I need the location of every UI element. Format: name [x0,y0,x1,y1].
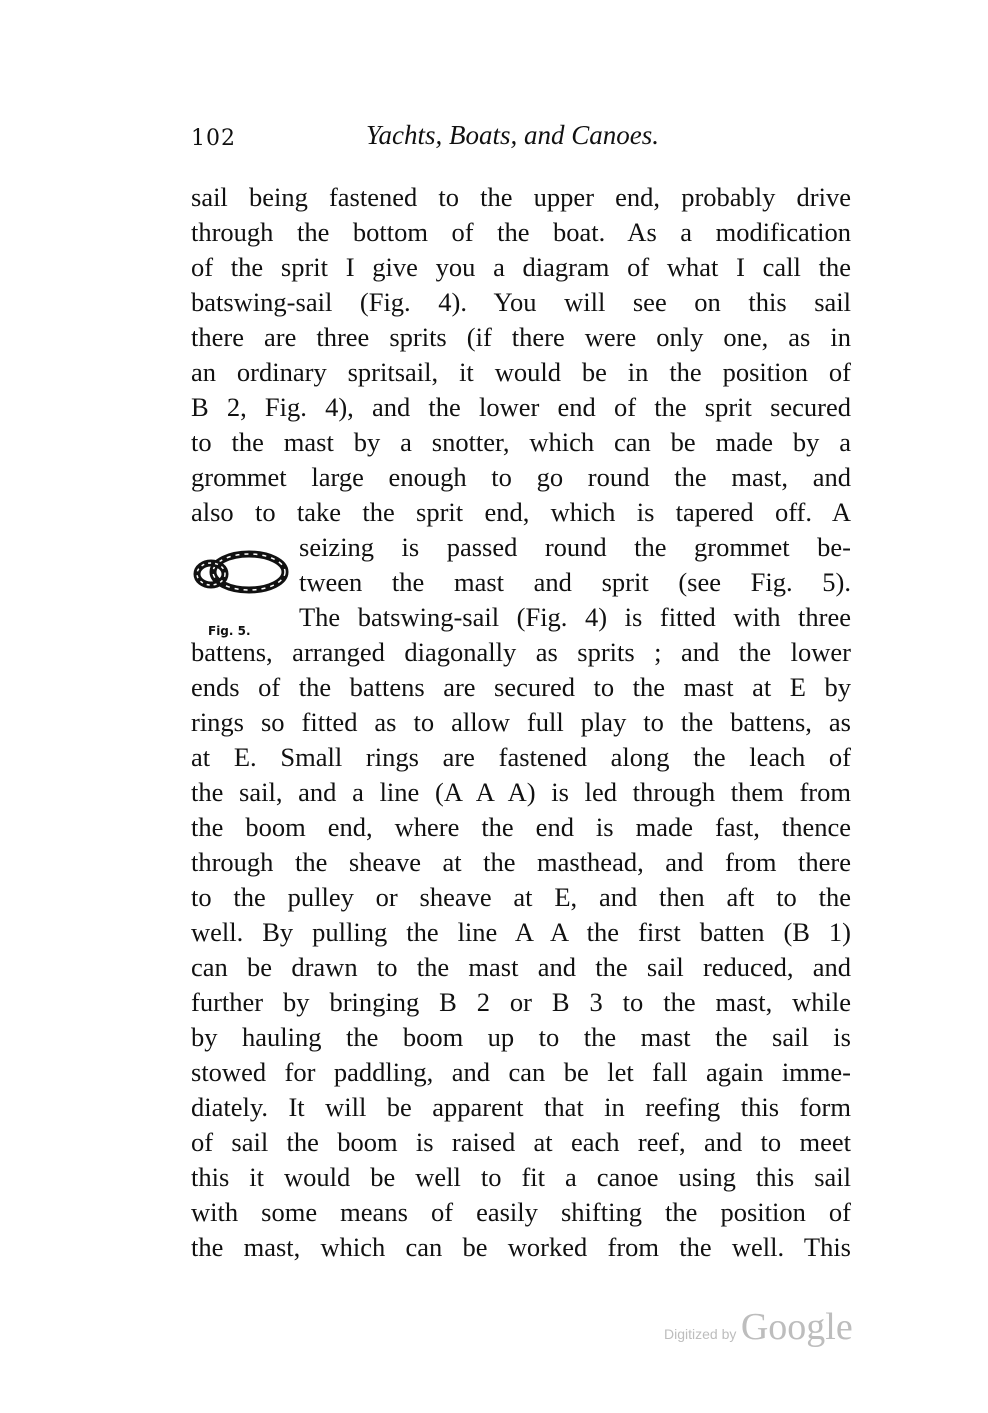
text-line: at E. Small rings are fastened along the… [191,740,851,775]
text-line: by hauling the boom up to the mast the s… [191,1020,851,1055]
text-line: through the sheave at the masthead, and … [191,845,851,880]
paragraph-before-figure: sail being fastened to the upper end, pr… [191,180,851,530]
text-line: of sail the boom is raised at each reef,… [191,1125,851,1160]
text-line: this it would be well to fit a canoe usi… [191,1160,851,1195]
figure-caption: Fig. 5. [208,614,251,649]
text-line: also to take the sprit end, which is tap… [191,495,851,530]
text-line: sail being fastened to the upper end, pr… [191,180,851,215]
text-line: of the sprit I give you a diagram of wha… [191,250,851,285]
text-line: seizing is passed round the grommet be- [299,530,851,565]
text-line: well. By pulling the line A A the first … [191,915,851,950]
text-beside-figure: seizing is passed round the grommet be- … [299,530,851,635]
google-logo: Google [741,1306,853,1348]
text-line: stowed for paddling, and can be let fall… [191,1055,851,1090]
text-line: grommet large enough to go round the mas… [191,460,851,495]
text-line: battens, arranged diagonally as sprits ;… [191,635,851,670]
text-line: rings so fitted as to allow full play to… [191,705,851,740]
figure-block: Fig. 5. seizing is passed round the grom… [191,530,851,635]
text-line: can be drawn to the mast and the sail re… [191,950,851,985]
text-line: to the pulley or sheave at E, and then a… [191,880,851,915]
body-text: sail being fastened to the upper end, pr… [191,180,851,1265]
running-title: Yachts, Boats, and Canoes. [366,120,659,151]
page-header: 102 Yachts, Boats, and Canoes. [191,120,851,160]
text-line: with some means of easily shifting the p… [191,1195,851,1230]
text-line: The batswing-sail (Fig. 4) is fitted wit… [299,600,851,635]
watermark-prefix: Digitized by [664,1326,736,1342]
text-line: diately. It will be apparent that in ree… [191,1090,851,1125]
paragraph-after-figure: battens, arranged diagonally as sprits ;… [191,635,851,1265]
page-number: 102 [191,126,236,151]
text-line: the boom end, where the end is made fast… [191,810,851,845]
text-line: B 2, Fig. 4), and the lower end of the s… [191,390,851,425]
text-line: batswing-sail (Fig. 4). You will see on … [191,285,851,320]
text-line: there are three sprits (if there were on… [191,320,851,355]
digitized-watermark: Digitized by Google [664,1305,853,1349]
text-line: to the mast by a snotter, which can be m… [191,425,851,460]
text-line: an ordinary spritsail, it would be in th… [191,355,851,390]
text-line: further by bringing B 2 or B 3 to the ma… [191,985,851,1020]
grommet-figure-icon: Fig. 5. [191,538,291,628]
text-line: through the bottom of the boat. As a mod… [191,215,851,250]
text-line: tween the mast and sprit (see Fig. 5). [299,565,851,600]
text-line: the mast, which can be worked from the w… [191,1230,851,1265]
text-line: ends of the battens are secured to the m… [191,670,851,705]
text-line: the sail, and a line (A A A) is led thro… [191,775,851,810]
